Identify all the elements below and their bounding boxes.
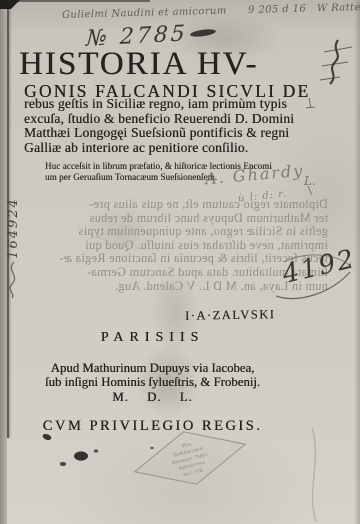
- zaluski-ownership-stamp: I·A·ZALVSKI: [185, 307, 276, 324]
- imprint-date: M. D. L.: [25, 390, 280, 405]
- privilege-statement: CVM PRIVILEGIO REGIS.: [25, 418, 280, 435]
- scanned-title-page: Gulielmi Naudini et amicorum 9 205 d 16 …: [0, 0, 360, 524]
- scan-edge-top: [0, 0, 150, 2]
- ink-smear: [190, 28, 217, 38]
- imprint-block: PARISIIS Apud Mathurinum Dupuys via Iaco…: [25, 330, 280, 405]
- library-stamp-line: Библіотеки: [173, 446, 203, 459]
- bleed-line: num in Laya, an. M D L. V Calend. Aug.: [30, 280, 328, 294]
- title-body-line: Matthæi Longogęi Sueſsionũ pontificis & …: [24, 126, 336, 141]
- bleed-line: geſtis in Siciliæ regno, ante quinquenni…: [30, 225, 328, 239]
- scan-corner-dark: [0, 0, 20, 9]
- title-line-1: HISTORIA HV-: [19, 46, 349, 83]
- ink-blot: [74, 451, 88, 460]
- title-body: rebus geſtis in Siciliæ regno, iam primù…: [24, 97, 336, 155]
- library-stamp-line: Изъ: [181, 441, 193, 449]
- library-stamp-line: въ С.П.Б.: [183, 467, 205, 478]
- title-body-line: excuſa, ſtudio & beneficio Reuerendi D. …: [24, 112, 336, 127]
- bleed-line: imprimat, neve diſtrahat eius iniuſſu. Q…: [30, 239, 328, 253]
- title-body-line: Galliæ ab interiore ac penitiore conſili…: [24, 141, 336, 156]
- imprint-city: PARISIIS: [25, 330, 280, 346]
- handwritten-accession-number-vertical: 164924: [6, 193, 22, 263]
- ink-blot: [150, 447, 153, 449]
- handwritten-note-l: L.: [304, 174, 316, 188]
- paper-crease: [312, 428, 316, 522]
- bleed-line: Diplomate regio cautum eſt, ne quis aliu…: [30, 198, 328, 212]
- left-margin-flourish: [10, 262, 15, 298]
- ink-blot: [60, 462, 66, 466]
- title-body-line: rebus geſtis in Siciliæ regno, iam primù…: [24, 97, 336, 112]
- bleed-line: ter Mathurinum Dupuys hunc librum de reb…: [30, 212, 328, 226]
- library-stamp-line: Библіотеки: [178, 460, 205, 472]
- library-stamp-line: Императ. Публ.: [172, 452, 209, 467]
- imprint-publisher-line: Apud Mathurinum Dupuys via Iacobea,: [25, 361, 280, 375]
- imprint-sign-line: ſub inſigni Hominis ſylueſtris, & Froben…: [25, 375, 280, 389]
- handwritten-owner-inscription: Gulielmi Naudini et amicorum 9 205 d 16 …: [62, 2, 358, 21]
- ink-blot: [94, 449, 98, 452]
